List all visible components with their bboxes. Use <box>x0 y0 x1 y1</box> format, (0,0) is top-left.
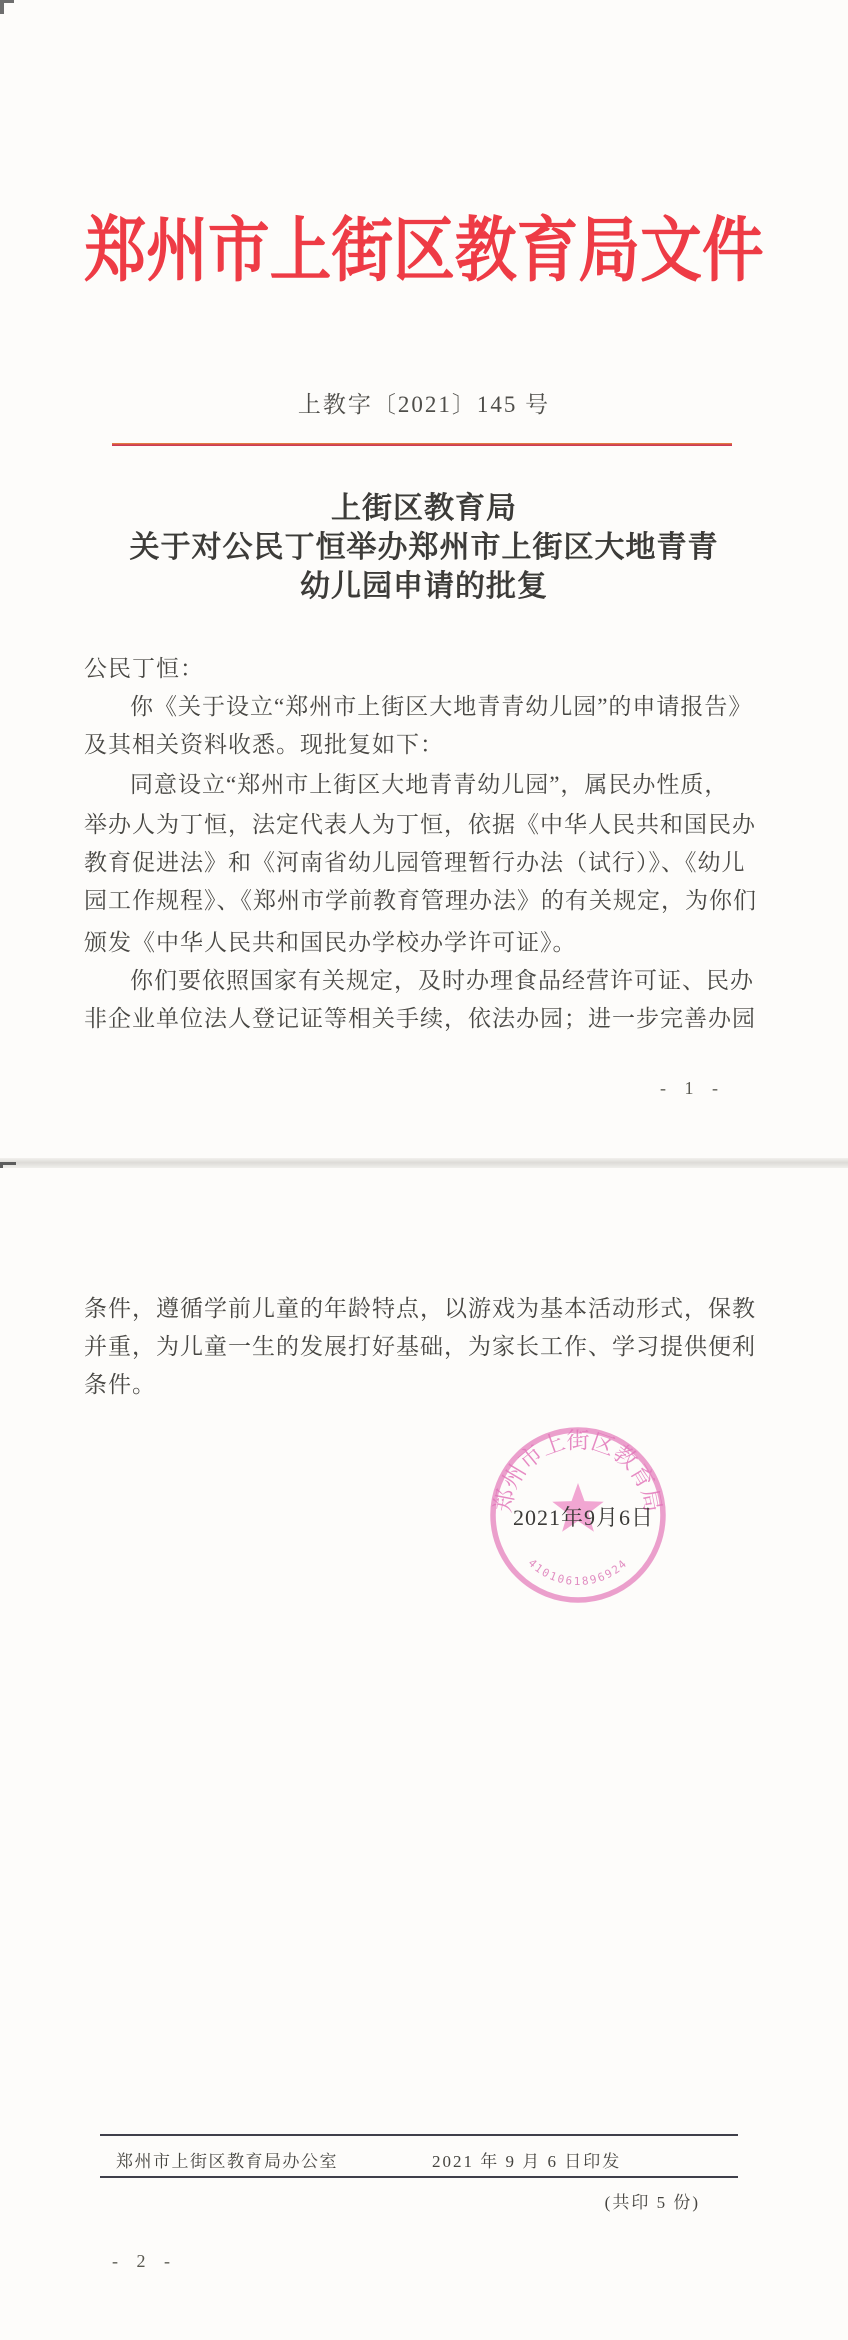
body-text-line: 教育促进法》和《河南省幼儿园管理暂行办法（试行）》、《幼儿 <box>84 844 784 877</box>
svg-text:4101061896924: 4101061896924 <box>526 1556 631 1588</box>
seal-serial-number: 4101061896924 <box>526 1556 631 1588</box>
document-title-line-1: 上街区教育局 <box>0 483 848 527</box>
salutation: 公民丁恒： <box>84 650 784 683</box>
body-text-line: 你们要依照国家有关规定，及时办理食品经营许可证、民办 <box>130 962 830 995</box>
page-divider <box>0 1158 848 1168</box>
page-number-2: - 2 - <box>112 2251 177 2272</box>
agency-letterhead-title: 郑州市上街区教育局文件 <box>8 194 839 296</box>
body-text-line: 及其相关资料收悉。现批复如下： <box>84 726 784 759</box>
scan-edge-mark <box>0 0 14 3</box>
scanned-document: 郑州市上街区教育局文件 上教字〔2021〕145 号 上街区教育局 关于对公民丁… <box>0 0 848 2340</box>
document-title-line-3: 幼儿园申请的批复 <box>0 561 848 605</box>
footer-rule-bottom <box>100 2176 738 2178</box>
footer-rule-top <box>100 2134 738 2136</box>
document-title-line-2: 关于对公民丁恒举办郑州市上街区大地青青 <box>0 522 848 566</box>
issue-date: 2021年9月6日 <box>513 1501 653 1532</box>
body-text-line: 颁发《中华人民共和国民办学校办学许可证》。 <box>84 924 784 957</box>
red-separator-line <box>112 443 732 446</box>
footer-copies-count: (共印 5 份) <box>540 2188 700 2213</box>
body-text-line: 园工作规程》、《郑州市学前教育管理办法》的有关规定，为你们 <box>84 882 784 915</box>
footer-print-date: 2021 年 9 月 6 日印发 <box>432 2147 621 2172</box>
body-text-line: 非企业单位法人登记证等相关手续，依法办园；进一步完善办园 <box>84 1000 784 1033</box>
page-number-1: - 1 - <box>660 1078 725 1099</box>
body-text-line: 条件。 <box>84 1366 784 1399</box>
body-text-line: 你《关于设立“郑州市上街区大地青青幼儿园”的申请报告》 <box>130 688 830 721</box>
body-text-line: 并重，为儿童一生的发展打好基础，为家长工作、学习提供便利 <box>84 1328 784 1361</box>
body-text-line: 条件，遵循学前儿童的年龄特点，以游戏为基本活动形式，保教 <box>84 1290 784 1323</box>
document-reference-number: 上教字〔2021〕145 号 <box>0 386 848 419</box>
body-text-line: 举办人为丁恒，法定代表人为丁恒，依据《中华人民共和国民办 <box>84 806 784 839</box>
footer-issuing-office: 郑州市上街区教育局办公室 <box>116 2147 338 2172</box>
body-text-line: 同意设立“郑州市上街区大地青青幼儿园”，属民办性质， <box>130 766 830 799</box>
